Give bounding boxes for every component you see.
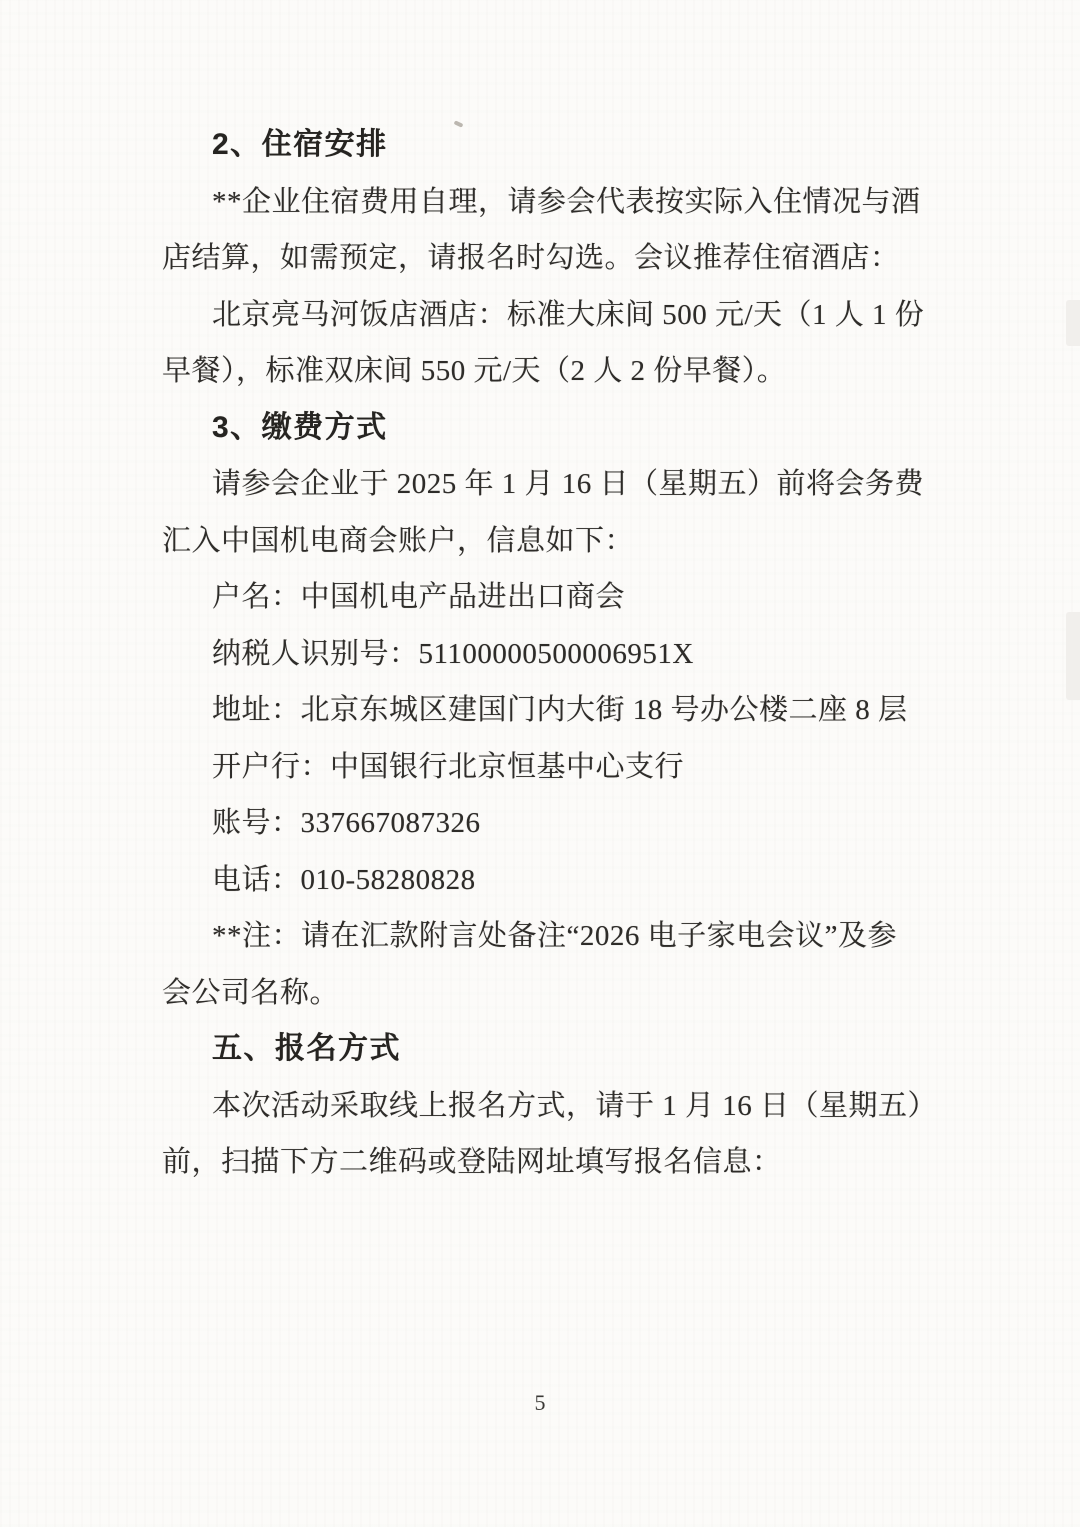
section-heading-accommodation: 2、住宿安排 xyxy=(162,117,982,174)
doc-line: 前，扫描下方二维码或登陆网址填写报名信息： xyxy=(162,1134,982,1191)
scanned-document-page: { "document": { "lines": [ {"text": "2、住… xyxy=(0,0,1080,1527)
scan-edge-smudge xyxy=(1066,612,1080,700)
section-heading-registration: 五、报名方式 xyxy=(162,1021,982,1078)
doc-line: **企业住宿费用自理，请参会代表按实际入住情况与酒 xyxy=(162,174,982,231)
doc-line: 北京亮马河饭店酒店：标准大床间 500 元/天（1 人 1 份 xyxy=(162,287,982,344)
doc-line-tax-id: 纳税人识别号：51100000500006951X xyxy=(162,626,982,683)
doc-line-phone: 电话：010-58280828 xyxy=(162,852,982,909)
section-heading-payment: 3、缴费方式 xyxy=(162,400,982,457)
doc-line-account-number: 账号：337667087326 xyxy=(162,795,982,852)
doc-line: 店结算，如需预定，请报名时勾选。会议推荐住宿酒店： xyxy=(162,230,982,287)
doc-line: 汇入中国机电商会账户，信息如下： xyxy=(162,513,982,570)
doc-line-note: **注：请在汇款附言处备注“2026 电子家电会议”及参 xyxy=(162,908,982,965)
doc-line-address: 地址：北京东城区建国门内大街 18 号办公楼二座 8 层 xyxy=(162,682,982,739)
doc-line-account-name: 户名：中国机电产品进出口商会 xyxy=(162,569,982,626)
doc-line-bank: 开户行：中国银行北京恒基中心支行 xyxy=(162,739,982,796)
doc-line: 请参会企业于 2025 年 1 月 16 日（星期五）前将会务费 xyxy=(162,456,982,513)
doc-line: 本次活动采取线上报名方式，请于 1 月 16 日（星期五） xyxy=(162,1078,982,1135)
scan-edge-smudge xyxy=(1066,300,1080,346)
document-body: 2、住宿安排 **企业住宿费用自理，请参会代表按实际入住情况与酒 店结算，如需预… xyxy=(162,117,982,1191)
doc-line: 早餐），标准双床间 550 元/天（2 人 2 份早餐）。 xyxy=(162,343,982,400)
page-number: 5 xyxy=(527,1390,553,1416)
doc-line: 会公司名称。 xyxy=(162,965,982,1022)
